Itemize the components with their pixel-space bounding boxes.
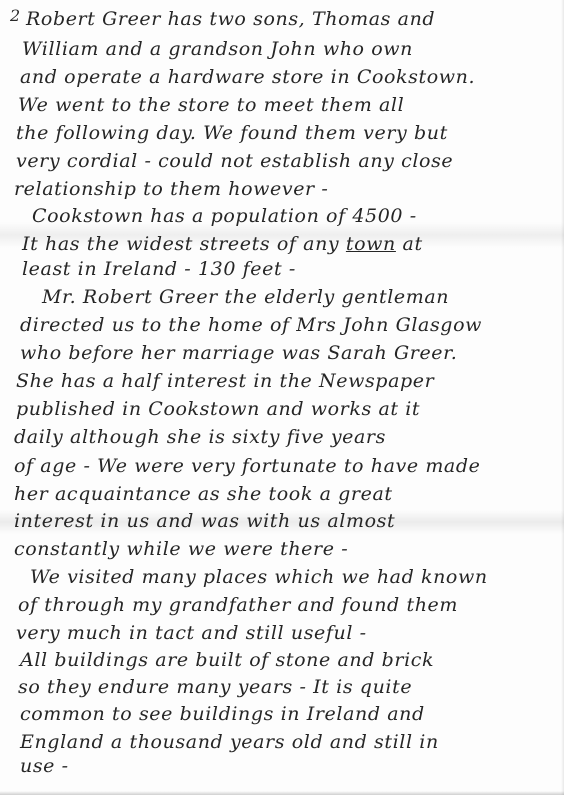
handwritten-line: and operate a hardware store in Cookstow… xyxy=(20,66,475,88)
handwritten-line: the following day. We found them very bu… xyxy=(16,122,448,144)
handwritten-line: relationship to them however - xyxy=(14,178,328,200)
handwritten-line: very much in tact and still useful - xyxy=(16,622,367,644)
handwritten-line: common to see buildings in Ireland and xyxy=(20,703,425,725)
page-edge-shadow xyxy=(0,791,564,795)
handwritten-line: directed us to the home of Mrs John Glas… xyxy=(20,314,482,336)
underlined-word: town xyxy=(346,233,396,255)
handwritten-line: England a thousand years old and still i… xyxy=(20,731,439,753)
handwritten-line: daily although she is sixty five years xyxy=(14,426,386,448)
handwritten-line: of age - We were very fortunate to have … xyxy=(14,455,480,477)
handwritten-line: least in Ireland - 130 feet - xyxy=(22,258,296,280)
handwritten-line: use - xyxy=(20,755,69,777)
handwritten-line: We went to the store to meet them all xyxy=(18,94,404,116)
handwritten-line: Mr. Robert Greer the elderly gentleman xyxy=(42,286,449,308)
line-text: at xyxy=(396,233,423,255)
handwritten-line: Cookstown has a population of 4500 - xyxy=(32,205,417,227)
handwritten-line: of through my grandfather and found them xyxy=(18,594,458,616)
handwritten-line: very cordial - could not establish any c… xyxy=(16,150,453,172)
handwritten-line: She has a half interest in the Newspaper xyxy=(16,370,434,392)
letter-page: 2 Robert Greer has two sons, Thomas and … xyxy=(0,0,564,795)
handwritten-line: constantly while we were there - xyxy=(14,538,348,560)
handwritten-line: who before her marriage was Sarah Greer. xyxy=(20,342,457,364)
line-text: It has the widest streets of any xyxy=(22,233,346,255)
handwritten-line: William and a grandson John who own xyxy=(22,38,413,60)
handwritten-line: her acquaintance as she took a great xyxy=(14,483,393,505)
page-number: 2 xyxy=(10,6,20,25)
handwritten-line: so they endure many years - It is quite xyxy=(18,676,412,698)
handwritten-line: We visited many places which we had know… xyxy=(30,566,488,588)
handwritten-line: All buildings are built of stone and bri… xyxy=(20,649,434,671)
handwritten-line: Robert Greer has two sons, Thomas and xyxy=(26,8,435,30)
handwritten-line: It has the widest streets of any town at xyxy=(22,233,423,255)
handwritten-line: published in Cookstown and works at it xyxy=(16,398,420,420)
handwritten-line: interest in us and was with us almost xyxy=(14,510,395,532)
